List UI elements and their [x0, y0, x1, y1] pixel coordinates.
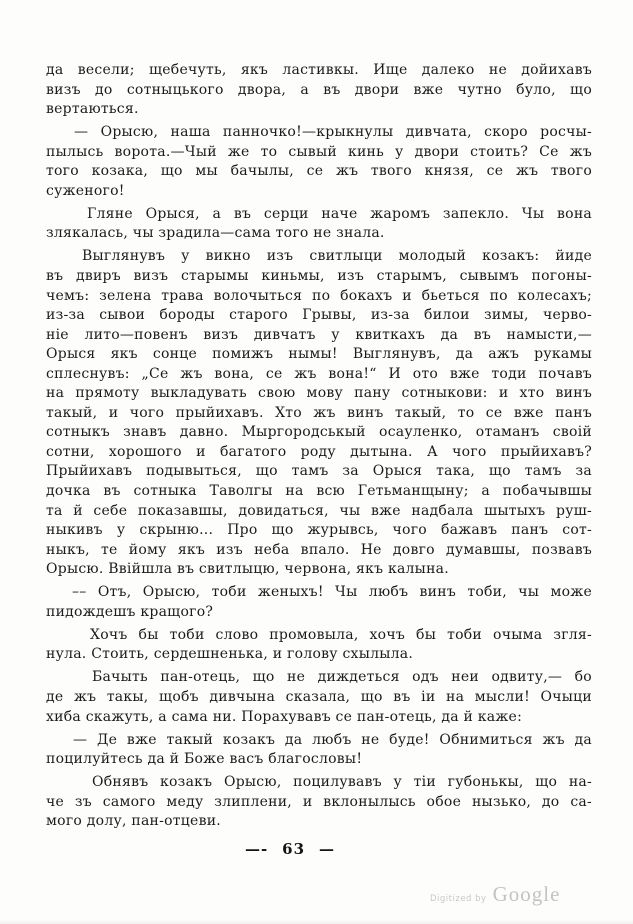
text-line: Обнявъ козакъ Орысю, поцилувавъ у тіи гу…	[46, 773, 592, 793]
text-line: суженого!	[46, 182, 592, 202]
text-line: Орыся якъ сонце помижъ нымы! Выглянувъ, …	[46, 345, 592, 365]
text-line: та й себе показавшы, довидаться, чы вже …	[46, 502, 592, 522]
text-line: сотни, хорошого и багатого роду дытына. …	[46, 443, 592, 463]
text-line: пидождешъ кращого?	[46, 603, 592, 623]
paragraph: –– Отъ, Орысю, тоби женыхъ! Чы любъ винъ…	[46, 583, 592, 622]
book-page: да весели; щебечуть, якъ ластивкы. Ище д…	[0, 0, 633, 924]
text-line: ныкъ, те йому якъ изъ неба впало. Не дов…	[46, 541, 592, 561]
text-line: пылысь ворота.—Чый же то сывый кинь у дв…	[46, 143, 592, 163]
text-line: въ двиръ визъ старымы киньмы, изъ старым…	[46, 267, 592, 287]
text-line: Гляне Орыся, а въ серци наче жаромъ запе…	[46, 205, 592, 225]
paragraph: Выглянувъ у викно изъ свитлыци молодый к…	[46, 247, 592, 579]
paragraph: Бачыть пан-отець, що не диждеться одъ не…	[46, 668, 592, 727]
text-line: Хочъ бы тоби слово промовыла, хочъ бы то…	[46, 626, 592, 646]
text-line: Орысю. Ввійшла въ свитлыцю, червона, якъ…	[46, 560, 592, 580]
text-line: де жъ такы, щобъ дивчына сказала, що въ …	[46, 688, 592, 708]
text-line: на прямоту выкладувать свою мову пану со…	[46, 384, 592, 404]
footer-right-dash: —	[319, 840, 335, 858]
text-line: сплеснувъ: „Се жъ вона, се жъ вона!“ И о…	[46, 365, 592, 385]
page-text-block: да весели; щебечуть, якъ ластивкы. Ище д…	[46, 61, 592, 835]
text-line: того козака, що мы бачылы, се жъ твого к…	[46, 162, 592, 182]
page-number: 63	[282, 840, 305, 858]
text-line: такый, и чого прыйихавъ. Хто жъ винъ так…	[46, 404, 592, 424]
text-line: из-за сывои бороды старого Грывы, из-за …	[46, 306, 592, 326]
text-line: мого долу, пан-отцеви.	[46, 812, 592, 832]
text-line: –– Отъ, Орысю, тоби женыхъ! Чы любъ винъ…	[46, 583, 592, 603]
page-footer: —- 63 —	[0, 840, 580, 858]
text-line: ныкивъ у скрыню... Про що журывсь, чого …	[46, 521, 592, 541]
text-line: Выглянувъ у викно изъ свитлыци молодый к…	[46, 247, 592, 267]
paragraph: — Де вже такый козакъ да любъ не буде! О…	[46, 731, 592, 770]
text-line: поцилуйтесь да й Боже васъ благословы!	[46, 750, 592, 770]
text-line: чемъ: зелена трава волочыться по бокахъ …	[46, 287, 592, 307]
text-line: да весели; щебечуть, якъ ластивкы. Ище д…	[46, 61, 592, 81]
text-line: дочка въ сотныка Таволгы на всю Гетьманщ…	[46, 482, 592, 502]
text-line: че зъ самого меду злиплени, и вклонылысь…	[46, 793, 592, 813]
text-line: Прыйихавъ подывыться, що тамъ за Орыся т…	[46, 462, 592, 482]
google-watermark: Digitized by Google	[430, 882, 560, 907]
paragraph: Гляне Орыся, а въ серци наче жаромъ запе…	[46, 205, 592, 244]
paragraph: да весели; щебечуть, якъ ластивкы. Ище д…	[46, 61, 592, 120]
text-line: нула. Стоить, сердешненька, и голову схы…	[46, 645, 592, 665]
text-line: Бачыть пан-отець, що не диждеться одъ не…	[46, 668, 592, 688]
text-line: — Де вже такый козакъ да любъ не буде! О…	[46, 731, 592, 751]
paragraph: — Орысю, наша панночко!—крыкнулы дивчата…	[46, 123, 592, 201]
digitized-by-label: Digitized by	[430, 894, 487, 904]
text-line: сотныкъ знавъ давно. Мыргородськый осаул…	[46, 423, 592, 443]
text-line: злякалась, чы зрадила—сама того не знала…	[46, 224, 592, 244]
google-logo-text: Google	[493, 882, 561, 907]
text-line: — Орысю, наша панночко!—крыкнулы дивчата…	[46, 123, 592, 143]
paragraph: Обнявъ козакъ Орысю, поцилувавъ у тіи гу…	[46, 773, 592, 832]
footer-left-dash: —-	[245, 840, 268, 858]
paragraph: Хочъ бы тоби слово промовыла, хочъ бы то…	[46, 626, 592, 665]
text-line: визъ до сотныцького двора, а въ двори вж…	[46, 81, 592, 101]
text-line: ніе лито—повенъ визъ дивчатъ у квиткахъ …	[46, 326, 592, 346]
text-line: вертаються.	[46, 100, 592, 120]
text-line: хиба скажуть, а сама ни. Порахувавъ се п…	[46, 708, 592, 728]
